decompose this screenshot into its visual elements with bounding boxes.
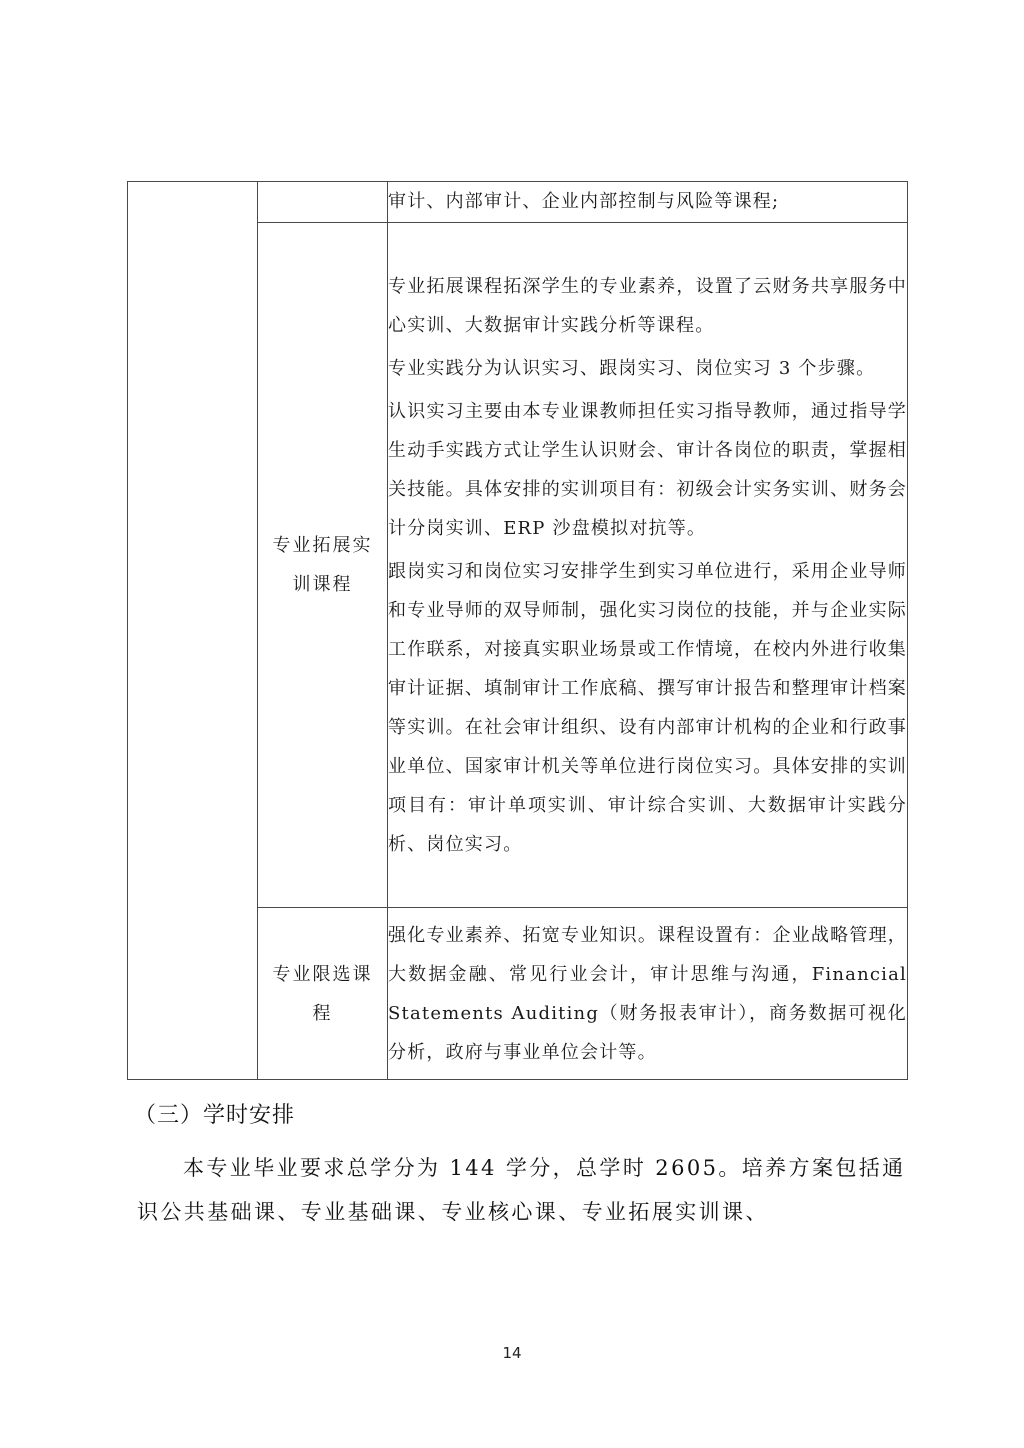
description-paragraph: 跟岗实习和岗位实习安排学生到实习单位进行，采用企业导师和专业导师的双导师制，强化… bbox=[388, 552, 907, 864]
course-type-cell: 专业拓展实训课程 bbox=[258, 223, 388, 908]
course-description-cell: 专业拓展课程拓深学生的专业素养，设置了云财务共享服务中心实训、大数据审计实践分析… bbox=[388, 223, 908, 908]
course-type-label: 专业限选课程 bbox=[267, 955, 379, 1033]
course-type-cell: 专业限选课程 bbox=[258, 908, 388, 1080]
page-number: 14 bbox=[0, 1344, 1024, 1362]
body-paragraph: 本专业毕业要求总学分为 144 学分，总学时 2605。培养方案包括通识公共基础… bbox=[137, 1146, 907, 1234]
description-paragraph: 专业拓展课程拓深学生的专业素养，设置了云财务共享服务中心实训、大数据审计实践分析… bbox=[388, 267, 907, 345]
category-cell bbox=[128, 182, 258, 1080]
course-description-cell: 强化专业素养、拓宽专业知识。课程设置有：企业战略管理，大数据金融、常见行业会计，… bbox=[388, 908, 908, 1080]
description-paragraph: 强化专业素养、拓宽专业知识。课程设置有：企业战略管理，大数据金融、常见行业会计，… bbox=[388, 916, 907, 1072]
description-paragraph: 专业实践分为认识实习、跟岗实习、岗位实习 3 个步骤。 bbox=[388, 349, 907, 388]
description-paragraph: 审计、内部审计、企业内部控制与风险等课程; bbox=[388, 188, 907, 216]
course-type-label: 专业拓展实训课程 bbox=[267, 526, 379, 604]
document-page: 审计、内部审计、企业内部控制与风险等课程; 专业拓展实训课程 专业拓展课程拓深学… bbox=[0, 0, 1024, 1448]
course-description-cell: 审计、内部审计、企业内部控制与风险等课程; bbox=[388, 182, 908, 223]
curriculum-table: 审计、内部审计、企业内部控制与风险等课程; 专业拓展实训课程 专业拓展课程拓深学… bbox=[127, 181, 908, 1080]
section-heading: （三）学时安排 bbox=[134, 1098, 295, 1129]
description-paragraph: 认识实习主要由本专业课教师担任实习指导教师，通过指导学生动手实践方式让学生认识财… bbox=[388, 392, 907, 548]
table-row: 审计、内部审计、企业内部控制与风险等课程; bbox=[128, 182, 908, 223]
course-type-cell bbox=[258, 182, 388, 223]
